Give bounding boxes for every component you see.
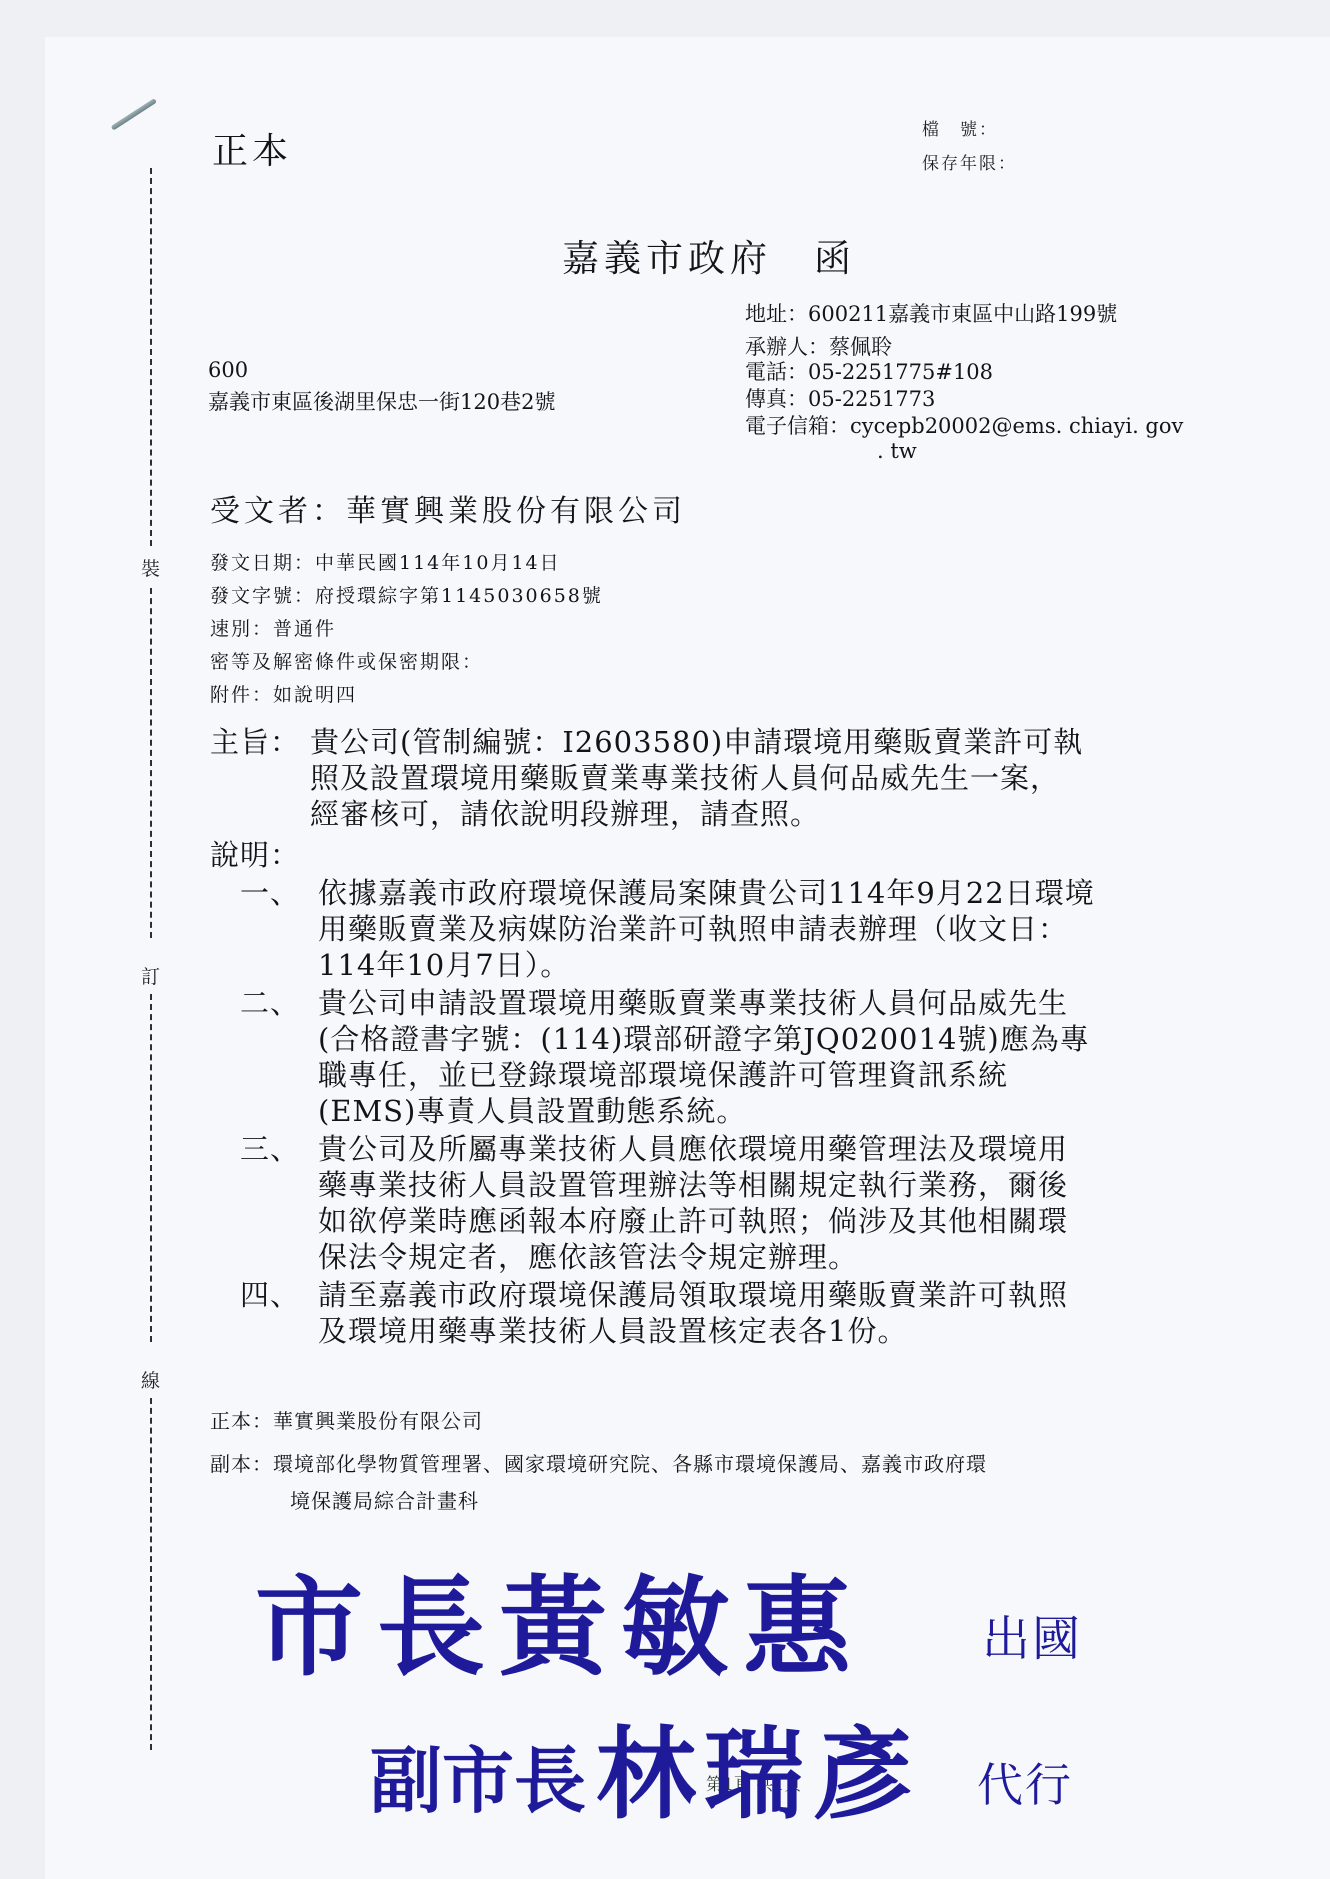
binding-char-zhuang: 裝 [141, 554, 160, 581]
deputy-name-stamp: 林瑞彥 [596, 1725, 920, 1825]
file-number-label: 檔 號： [922, 115, 998, 140]
item-line: 114年10月7日）。 [318, 943, 570, 984]
binding-char-xian: 線 [141, 1366, 160, 1393]
item-line: 依據嘉義市政府環境保護局案陳貴公司114年9月22日環境 [318, 871, 1095, 912]
document-number: 發文字號：府授環綜字第1145030658號 [210, 581, 603, 608]
binding-line-bottom [150, 1398, 152, 1750]
recipient-postal-code: 600 [208, 358, 248, 382]
retention-period-label: 保存年限： [922, 149, 1017, 174]
sender-phone: 電話：05-2251775#108 [745, 362, 993, 383]
copy-recipients-cont: 境保護局綜合計畫科 [290, 1485, 479, 1514]
recipient-street-address: 嘉義市東區後湖里保忠一街120巷2號 [208, 386, 555, 416]
item-line: 職專任，並已登錄環境部環境保護許可管理資訊系統 [318, 1053, 1008, 1094]
attachments: 附件：如說明四 [210, 680, 357, 707]
item-number: 一、 [240, 871, 300, 912]
mayor-status-stamp: 出國 [982, 1615, 1082, 1663]
item-line: 請至嘉義市政府環境保護局領取環境用藥販賣業許可執照 [318, 1273, 1068, 1314]
item-line: 及環境用藥專業技術人員設置核定表各1份。 [318, 1309, 907, 1350]
subject-label: 主旨： [210, 720, 300, 761]
binding-line-middle [150, 588, 152, 938]
subject-line: 貴公司(管制編號：I2603580)申請環境用藥販賣業許可執 [310, 720, 1083, 761]
item-number: 四、 [240, 1273, 300, 1314]
explanation-label: 說明： [210, 833, 300, 874]
binding-char-ding: 訂 [141, 962, 160, 989]
sender-email-cont: . tw [877, 441, 917, 462]
subject-line: 經審核可，請依說明段辦理，請查照。 [310, 792, 820, 833]
mayor-seal-stamp: 市長黃敏惠 [255, 1575, 865, 1683]
copy-recipients: 副本：環境部化學物質管理署、國家環境研究院、各縣市環境保護局、嘉義市政府環 [210, 1448, 987, 1477]
item-line: 貴公司申請設置環境用藥販賣業專業技術人員何品威先生 [318, 981, 1068, 1022]
sender-email: 電子信箱：cycepb20002@ems. chiayi. gov [745, 416, 1183, 437]
item-number: 二、 [240, 981, 300, 1022]
copy-type-label: 正本 [212, 123, 292, 174]
binding-line-top [150, 168, 152, 546]
issue-date: 發文日期：中華民國114年10月14日 [210, 548, 561, 575]
binding-line-lower [150, 994, 152, 1342]
item-line: 用藥販賣業及病媒防治業許可執照申請表辦理（收文日： [318, 907, 1068, 948]
addressee: 受文者：華實興業股份有限公司 [210, 486, 686, 530]
sender-handler: 承辦人：蔡佩聆 [745, 337, 892, 358]
item-line: 如欲停業時應函報本府廢止許可執照；倘涉及其他相關環 [318, 1199, 1068, 1240]
urgency: 速別：普通件 [210, 614, 336, 641]
item-number: 三、 [240, 1127, 300, 1168]
sender-fax: 傳真：05-2251773 [745, 389, 935, 410]
sender-address: 地址：600211嘉義市東區中山路199號 [745, 304, 1117, 325]
item-line: 貴公司及所屬專業技術人員應依環境用藥管理法及環境用 [318, 1127, 1068, 1168]
original-recipient: 正本：華實興業股份有限公司 [210, 1405, 483, 1434]
item-line: (合格證書字號：(114)環部研證字第JQ020014號)應為專 [318, 1017, 1090, 1058]
subject-line: 照及設置環境用藥販賣業專業技術人員何品威先生一案， [310, 756, 1060, 797]
document-title: 嘉義市政府 函 [562, 228, 856, 282]
deputy-title-stamp: 副市長 [370, 1745, 586, 1817]
classification: 密等及解密條件或保密期限： [210, 647, 483, 674]
deputy-status-stamp: 代行 [977, 1762, 1073, 1808]
item-line: 保法令規定者，應依該管法令規定辦理。 [318, 1235, 858, 1276]
item-line: (EMS)專責人員設置動態系統。 [318, 1089, 746, 1130]
item-line: 藥專業技術人員設置管理辦法等相關規定執行業務，爾後 [318, 1163, 1068, 1204]
